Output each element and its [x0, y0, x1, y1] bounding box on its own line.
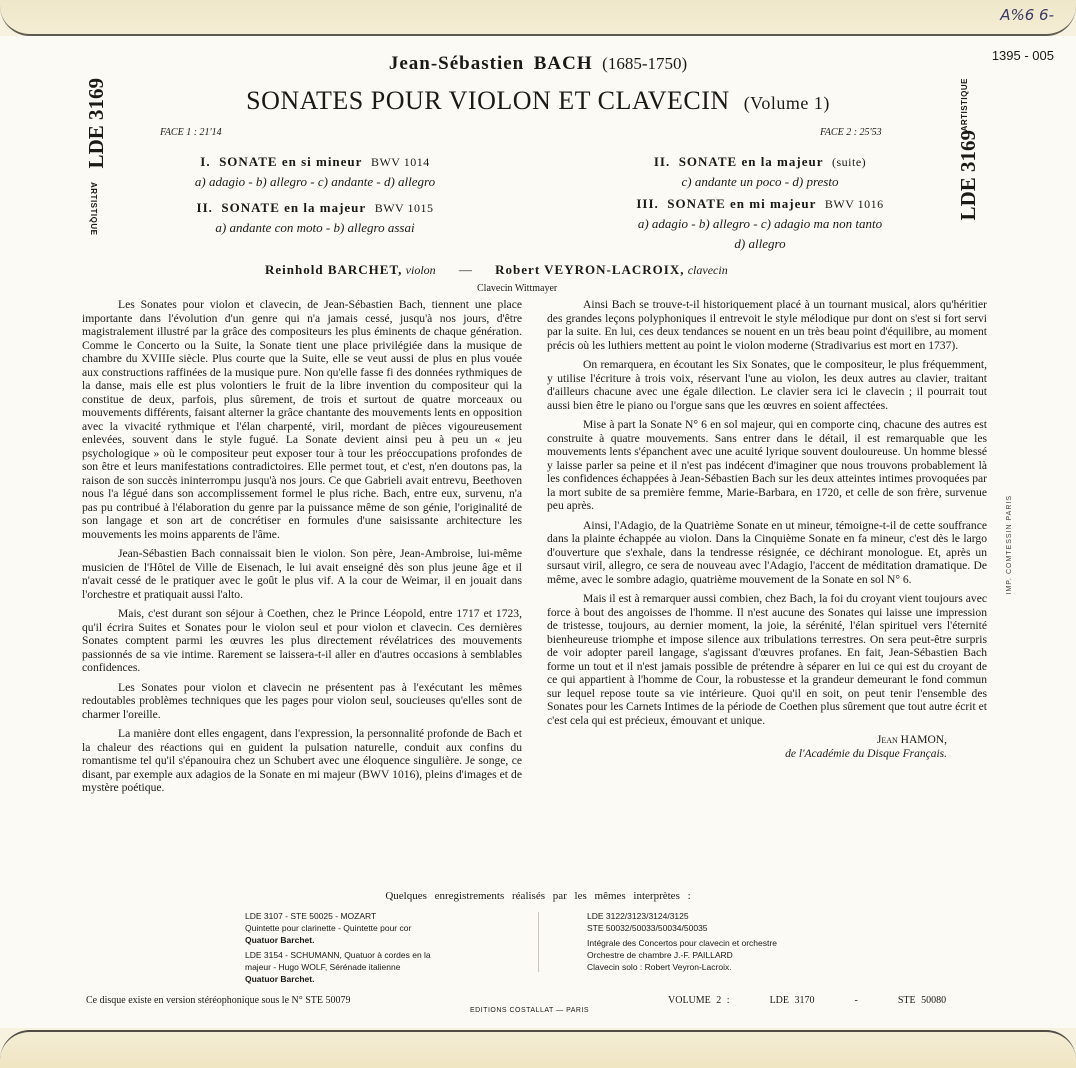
album-title-text: SONATES POUR VIOLON ET CLAVECIN: [246, 86, 730, 115]
paragraph: Mais il est à remarquer aussi combien, c…: [547, 592, 987, 727]
composer-first-name: Jean-Sébastien: [389, 53, 524, 74]
paragraph: Mise à part la Sonate N° 6 en sol majeur…: [547, 418, 987, 513]
work-movements: a) adagio - b) allegro - c) adagio ma no…: [575, 214, 945, 234]
work-movements: c) andante un poco - d) presto: [575, 172, 945, 192]
work-title: II. SONATE en la majeur BWV 1015: [150, 198, 480, 218]
spine-code-right: LDE 3169: [956, 130, 981, 220]
work-title: III. SONATE en mi majeur BWV 1016: [575, 194, 945, 214]
recording-entry: LDE 3107 - STE 50025 - MOZART Quintette …: [245, 910, 505, 946]
recording-entry: Intégrale des Concertos pour clavecin et…: [587, 937, 887, 973]
paragraph: La manière dont elles engagent, dans l'e…: [82, 727, 522, 795]
work-movements: a) adagio - b) allegro - c) andante - d)…: [150, 172, 480, 192]
face-2-duration: FACE 2 : 25'53: [820, 127, 882, 138]
recordings-right: LDE 3122/3123/3124/3125 STE 50032/50033/…: [587, 910, 887, 976]
stereo-version-note: Ce disque existe en version stéréophoniq…: [86, 995, 351, 1006]
paragraph: Ainsi Bach se trouve-t-il historiquement…: [547, 298, 987, 352]
spine-label-left: ARTISTIQUE: [89, 182, 98, 235]
composer-heading: Jean-Sébastien BACH (1685-1750): [0, 53, 1076, 75]
author-affiliation: de l'Académie du Disque Français.: [547, 747, 947, 761]
handwritten-note: A%6 6-: [1000, 6, 1054, 24]
recording-entry: LDE 3154 - SCHUMANN, Quatuor à cordes en…: [245, 949, 505, 985]
work-title: I. SONATE en si mineur BWV 1014: [150, 152, 480, 172]
side-1-tracklist: I. SONATE en si mineur BWV 1014 a) adagi…: [150, 152, 480, 244]
composer-last-name: BACH: [534, 53, 593, 74]
violinist-name: Reinhold BARCHET,: [265, 262, 402, 277]
work-movements: a) andante con moto - b) allegro assai: [150, 218, 480, 238]
liner-notes-left: Les Sonates pour violon et clavecin, de …: [82, 298, 522, 801]
violinist-role: violon: [406, 263, 436, 277]
volume-2-reference: VOLUME 2 :LDE 3170-STE 50080: [668, 995, 986, 1006]
paragraph: Les Sonates pour violon et clavecin, de …: [82, 298, 522, 541]
author-name: Jean HAMON,: [547, 733, 947, 747]
liner-notes-right: Ainsi Bach se trouve-t-il historiquement…: [547, 298, 987, 761]
paragraph: On remarquera, en écoutant les Six Sonat…: [547, 358, 987, 412]
recordings-divider: [538, 912, 539, 972]
volume-label: (Volume 1): [744, 93, 830, 113]
sleeve-top-flap: [0, 0, 1076, 36]
recordings-left: LDE 3107 - STE 50025 - MOZART Quintette …: [245, 910, 505, 988]
harpsichordist-role: clavecin: [688, 263, 728, 277]
paragraph: Jean-Sébastien Bach connaissait bien le …: [82, 547, 522, 601]
printer-credit: IMP. COMTESSIN PARIS: [1006, 495, 1013, 594]
recordings-heading: Quelques enregistrements réalisés par le…: [0, 890, 1076, 902]
composer-dates: (1685-1750): [602, 54, 687, 73]
face-1-duration: FACE 1 : 21'14: [160, 127, 222, 138]
publisher-credit: EDITIONS COSTALLAT — PARIS: [470, 1007, 589, 1014]
side-2-tracklist: II. SONATE en la majeur (suite) c) andan…: [575, 152, 945, 256]
paragraph: Les Sonates pour violon et clavecin ne p…: [82, 681, 522, 722]
instrument-credit: Clavecin Wittmayer: [477, 283, 557, 294]
recording-entry: LDE 3122/3123/3124/3125 STE 50032/50033/…: [587, 910, 887, 934]
paragraph: Mais, c'est durant son séjour à Coethen,…: [82, 607, 522, 675]
performer-separator: —: [459, 262, 472, 277]
paragraph: Ainsi, l'Adagio, de la Quatrième Sonate …: [547, 519, 987, 587]
work-title: II. SONATE en la majeur (suite): [575, 152, 945, 172]
author-signature: Jean HAMON, de l'Académie du Disque Fran…: [547, 733, 987, 761]
work-movements-continued: d) allegro: [575, 234, 945, 254]
performers-line: Reinhold BARCHET, violon — Robert VEYRON…: [265, 262, 728, 278]
album-title: SONATES POUR VIOLON ET CLAVECIN (Volume …: [0, 86, 1076, 116]
harpsichordist-name: Robert VEYRON-LACROIX,: [495, 262, 684, 277]
sleeve-bottom-flap: [0, 1030, 1076, 1068]
